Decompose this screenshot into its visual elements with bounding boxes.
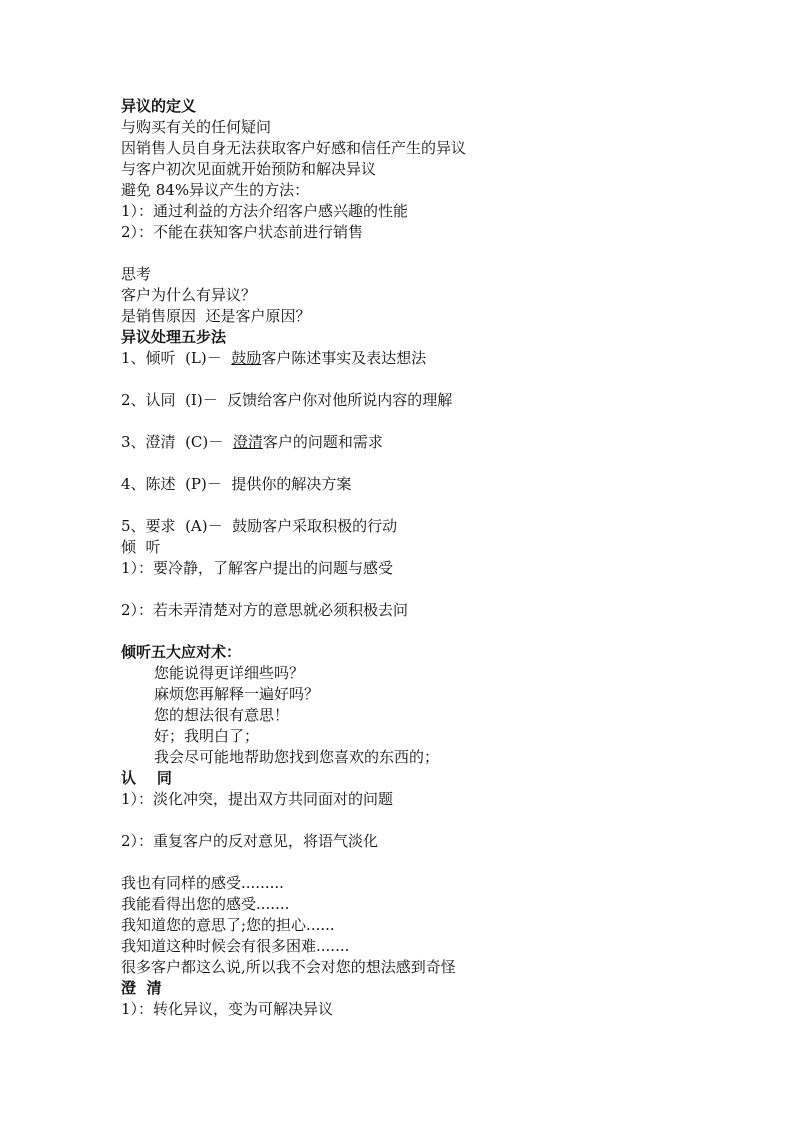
step-text: 客户的问题和需求: [263, 433, 383, 451]
blank-line: [121, 243, 721, 264]
step-text: 客户陈述事实及表达想法: [261, 349, 426, 367]
tactic-item: 您能说得更详细些吗？: [121, 663, 721, 684]
blank-line: [121, 852, 721, 873]
step-prefix: 5、要求 (A)－: [121, 517, 232, 535]
step-text: 鼓励客户采取积极的行动: [232, 517, 397, 535]
step-text: 提供你的解决方案: [231, 475, 351, 493]
list-item: 2）：重复客户的反对意见，将语气淡化: [121, 831, 721, 852]
step-prefix: 2、认同 (I)－: [121, 391, 227, 409]
heading-listening-tactics: 倾听五大应对术：: [121, 642, 721, 663]
text-line: 是销售原因 还是客户原因？: [121, 306, 721, 327]
list-item: 1）：要冷静，了解客户提出的问题与感受: [121, 558, 721, 579]
blank-line: [121, 810, 721, 831]
step-underlined: 鼓励: [231, 349, 261, 367]
heading-objection-definition: 异议的定义: [121, 96, 721, 117]
step-text: 反馈给客户你对他所说内容的理解: [227, 391, 452, 409]
phrase-item: 我知道这种时候会有很多困难.......: [121, 936, 721, 957]
phrase-item: 我也有同样的感受.........: [121, 873, 721, 894]
tactic-item: 我会尽可能地帮助您找到您喜欢的东西的；: [121, 747, 721, 768]
list-item: 1）：淡化冲突，提出双方共同面对的问题: [121, 789, 721, 810]
blank-line: [121, 369, 721, 390]
step-item: 4、陈述 (P)－ 提供你的解决方案: [121, 474, 721, 495]
heading-five-steps: 异议处理五步法: [121, 327, 721, 348]
step-underlined: 澄清: [233, 433, 263, 451]
phrase-item: 很多客户都这么说,所以我不会对您的想法感到奇怪: [121, 957, 721, 978]
text-line: 因销售人员自身无法获取客户好感和信任产生的异议: [121, 138, 721, 159]
tactic-item: 您的想法很有意思！: [121, 705, 721, 726]
step-prefix: 4、陈述 (P)－: [121, 475, 231, 493]
tactic-item: 麻烦您再解释一遍好吗？: [121, 684, 721, 705]
heading-clarify: 澄 清: [121, 978, 721, 999]
document-page: 异议的定义 与购买有关的任何疑问 因销售人员自身无法获取客户好感和信任产生的异议…: [0, 0, 800, 1132]
heading-listening: 倾 听: [121, 537, 721, 558]
text-line: 避免 84%异议产生的方法：: [121, 180, 721, 201]
step-prefix: 1、倾听 (L)－: [121, 349, 231, 367]
text-line: 与客户初次见面就开始预防和解决异议: [121, 159, 721, 180]
blank-line: [121, 453, 721, 474]
heading-thinking: 思考: [121, 264, 721, 285]
blank-line: [121, 495, 721, 516]
document-body: 异议的定义 与购买有关的任何疑问 因销售人员自身无法获取客户好感和信任产生的异议…: [121, 96, 721, 1020]
step-prefix: 3、澄清 (C)－: [121, 433, 233, 451]
list-item: 1）：通过利益的方法介绍客户感兴趣的性能: [121, 201, 721, 222]
list-item: 2）：若未弄清楚对方的意思就必须积极去问: [121, 600, 721, 621]
text-line: 客户为什么有异议？: [121, 285, 721, 306]
blank-line: [121, 579, 721, 600]
step-item: 1、倾听 (L)－ 鼓励客户陈述事实及表达想法: [121, 348, 721, 369]
blank-line: [121, 621, 721, 642]
tactic-item: 好；我明白了；: [121, 726, 721, 747]
step-item: 3、澄清 (C)－ 澄清客户的问题和需求: [121, 432, 721, 453]
text-line: 与购买有关的任何疑问: [121, 117, 721, 138]
list-item: 1）：转化异议，变为可解决异议: [121, 999, 721, 1020]
phrase-item: 我能看得出您的感受.......: [121, 894, 721, 915]
list-item: 2）：不能在获知客户状态前进行销售: [121, 222, 721, 243]
blank-line: [121, 411, 721, 432]
step-item: 5、要求 (A)－ 鼓励客户采取积极的行动: [121, 516, 721, 537]
phrase-item: 我知道您的意思了;您的担心......: [121, 915, 721, 936]
step-item: 2、认同 (I)－ 反馈给客户你对他所说内容的理解: [121, 390, 721, 411]
heading-agreement: 认 同: [121, 768, 721, 789]
